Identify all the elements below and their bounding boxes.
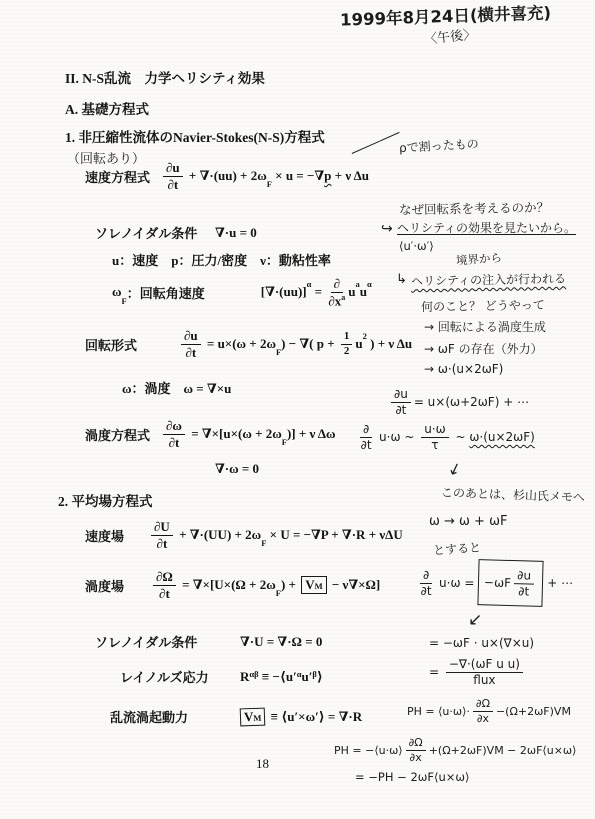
superscript-alphabeta: αβ (249, 669, 258, 679)
solenoidal-condition-row: ソレノイダル条件 ∇·u = 0 (95, 223, 257, 242)
eq-part: = (429, 665, 443, 679)
subscript-F: F (282, 437, 287, 447)
omega-substitution-note: ω → ω + ωF (429, 514, 507, 529)
rotational-form-label: 回転形式 (85, 335, 178, 354)
superscript-2: 2 (363, 331, 367, 341)
eq-part: = u×(ω + 2ω (204, 336, 276, 352)
fraction-dU-dt: ∂U∂t (151, 520, 173, 550)
eq-part: + ⋯ (547, 576, 573, 590)
vorticity-generation-note: → 回転による渦度生成 (424, 318, 546, 335)
eq-part: ⟩ (317, 669, 323, 685)
eq-part: ~ (452, 430, 470, 444)
omega-f-label: ：回転角速度 (127, 283, 205, 302)
fraction-flux: −∇·(ωF u u)flux (446, 658, 523, 686)
dudt-hand-equation: ∂u∂t = u×(ω+2ωF) + ⋯ (388, 388, 529, 416)
eq-part: u′ (302, 669, 313, 685)
reynolds-stress-label: レイノルズ応力 (120, 667, 240, 686)
eq-part: ) − ∇( p + (281, 336, 338, 352)
annotation-line (352, 132, 400, 154)
superscript-alpha: α (297, 669, 302, 679)
ph-equation-3: = −PH − 2ωF⟨u×ω⟩ (355, 770, 470, 784)
boundary-note: 境界から (455, 249, 502, 268)
eq-part: u·ω ~ (375, 430, 418, 444)
what-how-question: 何のこと？ どうやって (421, 296, 545, 315)
fraction-dOmega-dx: ∂Ω∂x (406, 737, 426, 763)
fraction-d-dt: ∂∂t (360, 423, 372, 451)
boxed-helicity-equation: ∂∂t u·ω = −ωF ∂u∂t + ⋯ (417, 560, 573, 606)
omega-f-row: ωF ：回転角速度 [∇·(uu)]α = ∂∂xa ua uα (112, 277, 372, 308)
eq-part: × u = −∇ (272, 168, 324, 184)
eq-part: ≡ −⟨u′ (259, 669, 297, 685)
subscript-F: F (261, 538, 266, 548)
vorticity-definition: ω：渦度 ω = ∇×u (122, 378, 231, 397)
rho-division-note: ρで割ったもの (399, 135, 479, 156)
curve-down-arrow-icon: ↓ (445, 458, 465, 481)
why-rotating-frame-question: なぜ回転系を考えるのか？ (399, 198, 549, 219)
eq-part-wavy: ω·(u×2ωF) (469, 430, 534, 444)
subscript-F: F (267, 179, 272, 189)
subscript-F: F (122, 296, 127, 306)
vorticity-equation-row: 渦度方程式 ∂ω∂t = ∇×[u×(ω + 2ωF )] + ν Δω (85, 419, 336, 449)
eq-part: ≡ ⟨u′×ω′⟩ = ∇·R (267, 709, 362, 725)
superscript-a: a (341, 293, 345, 302)
eq-part: = (311, 284, 325, 300)
solenoidal-equation: ∇·U = ∇·Ω = 0 (240, 634, 322, 650)
eq-part: ) + ν Δu (367, 336, 412, 352)
eq-part: u (360, 284, 367, 300)
eq-part: = u×(ω+2ωF) + ⋯ (414, 395, 529, 409)
eq-part: u (355, 336, 362, 352)
subscript-M: M (315, 581, 323, 591)
section-title: II. N-S乱流 力学ヘリシティ効果 (65, 67, 265, 87)
velocity-equation-label: 速度方程式 (85, 167, 160, 186)
eq-part: = ∇×[U×(Ω + 2ω (179, 577, 276, 593)
fraction-one-half: 12 (341, 331, 353, 357)
omega-symbol: ω (112, 284, 122, 300)
boxed-vm-symbol: VM (240, 707, 266, 726)
uw-correlation: ⟨u′·ω′⟩ (399, 239, 434, 253)
mean-vorticity-label: 渦度場 (85, 576, 150, 595)
ph-equation-1: PH = ⟨u·ω⟩· ∂Ω∂x −(Ω+2ωF)VM (407, 698, 571, 724)
eq-part: = ∇×[u×(ω + 2ω (188, 426, 282, 442)
eq-part: PH = ⟨u·ω⟩· (407, 705, 470, 718)
fraction-du-dt: ∂u∂t (391, 388, 411, 416)
ph-equation-2: PH = −⟨u·ω⟩ ∂Ω∂x +(Ω+2ωF)VM − 2ωF⟨u×ω⟩ (334, 737, 576, 763)
fraction-d-dt: ∂∂t (420, 569, 432, 597)
box-pointer-arrow-icon: ↙ (468, 610, 482, 630)
eq-part: ) + (281, 577, 299, 593)
eq-part: +(Ω+2ωF)VM − 2ωF⟨u×ω⟩ (429, 744, 577, 757)
fraction-du-dt: ∂u∂t (163, 161, 183, 191)
mean-velocity-label: 速度場 (85, 526, 148, 545)
symbol-definitions: u：速度 p：圧力/密度 ν：動粘性率 (112, 250, 331, 269)
eq-part: [∇·(uu)] (261, 284, 307, 300)
then-note: とすると (432, 538, 481, 558)
superscript-beta: β (312, 669, 316, 679)
helicity-injection-note: ヘリシティの注入が行われる (411, 270, 566, 290)
hook-arrow-icon: ↪ (381, 221, 393, 237)
pressure-symbol: p (324, 168, 331, 184)
subscript-M: M (253, 712, 261, 722)
eq-part: + ν Δu (331, 168, 369, 184)
triple-product-note: → ω·(u×2ωF) (424, 362, 503, 376)
boxed-vm-symbol: VM (301, 576, 326, 594)
fraction-d-dx: ∂∂xa (328, 277, 345, 308)
eq-part: R (240, 669, 249, 685)
sugiyama-memo-note: このあとは、杉山氏メモへ (441, 483, 586, 505)
mean-vorticity-row: 渦度場 ∂Ω∂t = ∇×[U×(Ω + 2ωF ) + VM − ν∇×Ω] (85, 570, 380, 600)
flux-divergence-line: = −∇·(ωF u u)flux (429, 658, 526, 686)
vortexmotive-force-row: 乱流渦起動力 VM ≡ ⟨u′×ω′⟩ = ∇·R (110, 707, 362, 726)
inject-arrow-icon: ↳ (396, 272, 407, 287)
scanned-note-page: 1999年8月24日(横井喜充) 〈午後〉 II. N-S乱流 力学ヘリシティ効… (0, 0, 595, 819)
eq-part: PH = −⟨u·ω⟩ (334, 744, 403, 757)
superscript-a: a (355, 279, 359, 289)
fraction-dw-dt: ∂ω∂t (163, 419, 185, 449)
solenoidal-equation: ∇·u = 0 (215, 225, 257, 241)
eq-part: −ωF (484, 575, 511, 590)
superscript-alpha: α (307, 279, 312, 289)
solenoidal-label: ソレノイダル条件 (95, 223, 215, 242)
hand-drawn-box: −ωF ∂u∂t (478, 559, 544, 607)
subscript-F: F (276, 347, 281, 357)
vorticity-equation-label: 渦度方程式 (85, 425, 160, 444)
solenoidal-label: ソレノイダル条件 (95, 632, 240, 651)
page-number: 18 (256, 756, 269, 772)
subsection-a-heading: A. 基礎方程式 (65, 98, 149, 118)
lamb-vector-line: = −ωF · u×(∇×u) (429, 636, 534, 650)
omega-f-existence-note: → ωF の存在（外力） (424, 340, 543, 357)
fraction-dOmega-dt: ∂Ω∂t (153, 570, 176, 600)
div-omega-zero: ∇·ω = 0 (215, 461, 259, 477)
mean-velocity-row: 速度場 ∂U∂t + ∇·(UU) + 2ωF × U = −∇P + ∇·R … (85, 520, 403, 550)
fraction-du-dt: ∂u∂t (514, 569, 535, 598)
fraction-dOmega-dx: ∂Ω∂x (473, 698, 493, 724)
helicity-effect-answer: ヘリシティの効果を見たいから。 (397, 219, 576, 236)
rotational-form-row: 回転形式 ∂u∂t = u×(ω + 2ωF ) − ∇( p + 12 u2 … (85, 329, 412, 359)
eq-part: u·ω = (435, 576, 474, 590)
eq-part: u (348, 284, 355, 300)
solenoidal-condition-2-row: ソレノイダル条件 ∇·U = ∇·Ω = 0 (95, 632, 322, 651)
superscript-alpha: α (367, 279, 372, 289)
eq-part: −(Ω+2ωF)VM (496, 705, 571, 718)
eq-part: − ν∇×Ω] (329, 577, 381, 593)
reynolds-stress-row: レイノルズ応力 Rαβ ≡ −⟨u′α u′β ⟩ (120, 667, 323, 686)
eq-part: + ∇·(uu) + 2ω (186, 168, 267, 184)
vortexmotive-force-label: 乱流渦起動力 (110, 707, 238, 726)
velocity-equation-row: 速度方程式 ∂u∂t + ∇·(uu) + 2ωF × u = −∇p + ν … (85, 161, 369, 191)
eq-part: )] + ν Δω (287, 426, 336, 442)
handwritten-time: 〈午後〉 (423, 23, 477, 47)
fraction-uw-tau: u·ωτ (421, 423, 448, 451)
eq-part: × U = −∇P + ∇·R + νΔU (266, 527, 402, 543)
helicity-estimate-equation: ∂∂t u·ω ~ u·ωτ ~ ω·(u×2ωF) (357, 423, 535, 451)
item-1-heading: 1. 非圧縮性流体のNavier-Stokes(N-S)方程式 (65, 126, 325, 146)
item-2-heading: 2. 平均場方程式 (58, 490, 153, 510)
eq-part: + ∇·(UU) + 2ω (176, 527, 261, 543)
subscript-F: F (276, 588, 281, 598)
fraction-du-dt: ∂u∂t (181, 329, 201, 359)
